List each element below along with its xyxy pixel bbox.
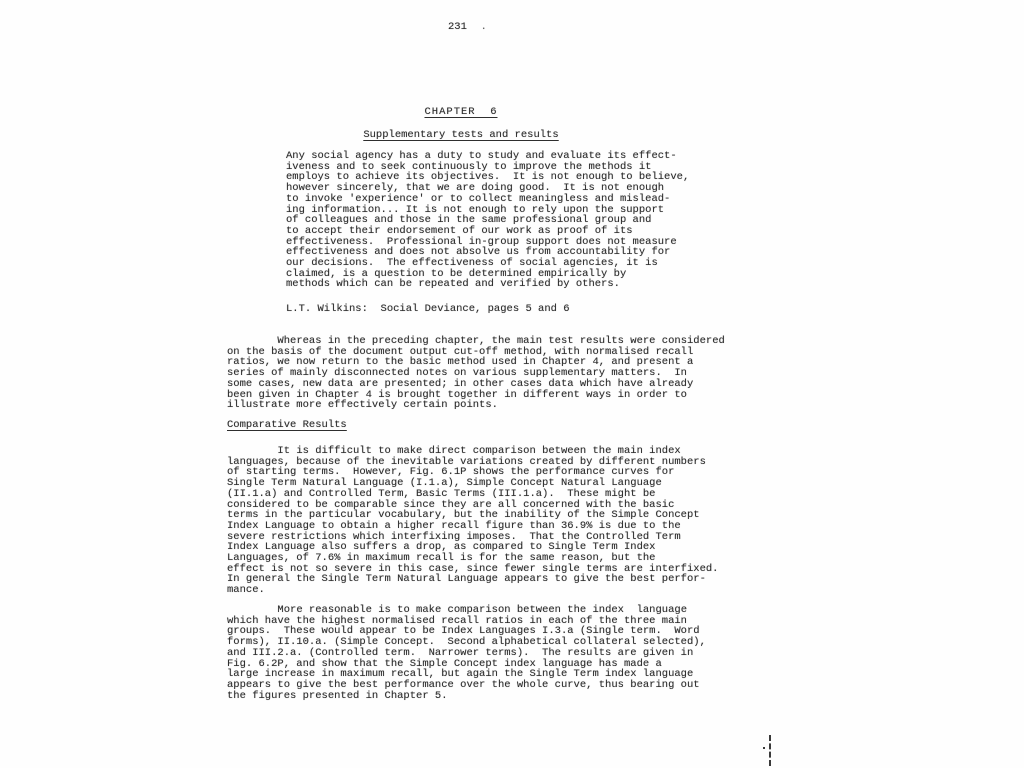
paragraph-comparative-results: It is difficult to make direct compariso… [227, 446, 732, 596]
chapter-subtitle: Supplementary tests and results [230, 130, 692, 141]
scan-artifact-dashed-mark [769, 735, 771, 766]
page-number-marker: · [481, 24, 486, 35]
paragraph-more-reasonable: More reasonable is to make comparison be… [227, 605, 732, 701]
document-page: 231 · CHAPTER 6 Supplementary tests and … [0, 0, 1024, 768]
paragraph-whereas: Whereas in the preceding chapter, the ma… [227, 336, 732, 411]
scan-artifact-dot [763, 747, 765, 749]
chapter-heading: CHAPTER 6 [230, 107, 692, 118]
page-number: 231 [448, 22, 467, 33]
section-heading-comparative-results: Comparative Results [227, 420, 347, 431]
quote-attribution: L.T. Wilkins: Social Deviance, pages 5 a… [286, 304, 726, 315]
quote-block: Any social agency has a duty to study an… [286, 151, 726, 290]
